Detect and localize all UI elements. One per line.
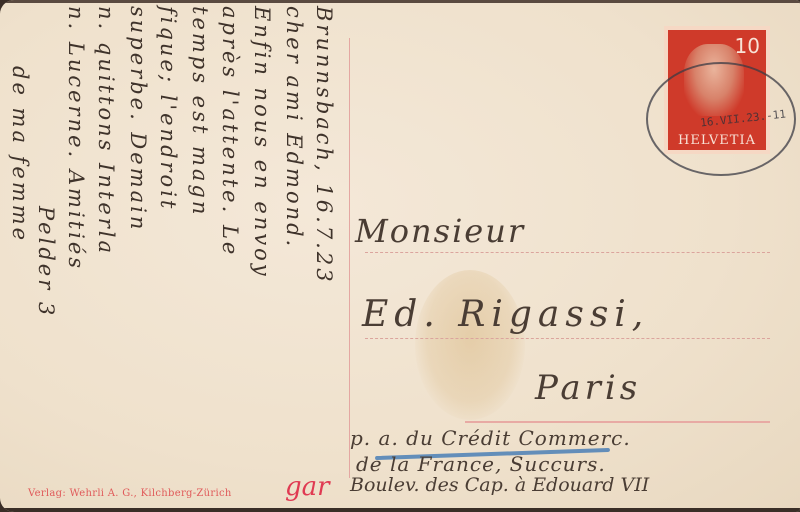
address-city: Paris (535, 368, 641, 408)
address-bank-branch: de la France, Succurs. (356, 452, 606, 476)
address-care-of: p. a. du Crédit Commerc. (350, 426, 631, 450)
message-line: n. Lucerne. Amitiés (64, 6, 88, 271)
message-line: après l'attente. Le (218, 6, 242, 257)
address-recipient-name: Ed. Rigassi, (362, 294, 649, 335)
message-line: temps est magn (188, 6, 212, 217)
card-edge-bottom (0, 508, 800, 512)
address-rule-2 (365, 338, 770, 339)
address-recipient-title: Monsieur (355, 212, 525, 250)
message-line: Brunnsbach, 16.7.23 (312, 6, 336, 285)
message-line: Pelder 3 (34, 206, 58, 318)
message-line: n. quittons Interla (94, 6, 118, 256)
address-street: Boulev. des Cap. à Edouard VII (350, 474, 649, 496)
message-line: cher ami Edmond. (282, 6, 306, 249)
center-divider (349, 38, 350, 478)
handwritten-message: Brunnsbach, 16.7.23 cher ami Edmond. Enf… (6, 6, 346, 476)
stamp-denomination: 10 (735, 34, 760, 58)
message-line: fique; l'endroit (156, 6, 180, 211)
publisher-imprint: Verlag: Wehrli A. G., Kilchberg-Zürich (28, 488, 232, 499)
address-rule-3 (465, 421, 770, 423)
message-line: Enfin nous en envoy (250, 6, 274, 279)
card-edge-top (0, 0, 800, 3)
message-line: superbe. Demain (126, 6, 150, 232)
address-rule-1 (365, 252, 770, 253)
postcard: Brunnsbach, 16.7.23 cher ami Edmond. Enf… (0, 0, 800, 512)
water-stain (415, 270, 525, 420)
message-line: de ma femme (8, 66, 32, 243)
red-pencil-annotation: gar (285, 472, 330, 502)
